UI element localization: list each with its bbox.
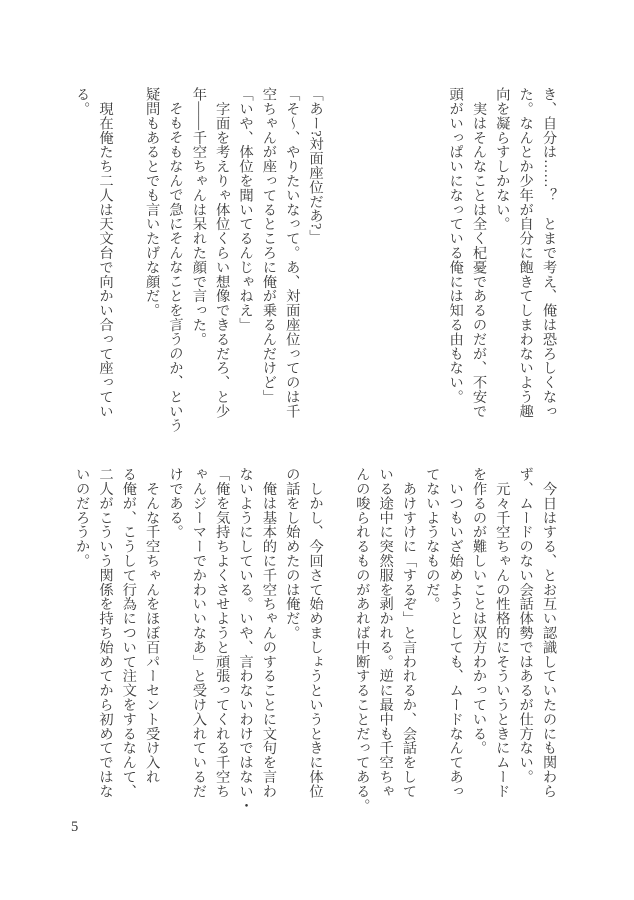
page-number: 5 (71, 820, 78, 835)
text-line: 頭がいっぱいになっている俺には知る由もない。 (443, 87, 466, 433)
text-line: しかし、今回さて始めましょうというときに体位 (303, 467, 326, 813)
text-line: んの唆られるものがあれば中断することだってある。 (350, 467, 373, 813)
text-line: あけすけに「するぞ」と言われるか、会話をして (397, 467, 420, 813)
blank-line (350, 87, 373, 433)
blank-line (116, 87, 139, 433)
text-line: そもそもなんで急にそんなことを言うのか、という (163, 85, 186, 434)
text-line: 「いや、体位を聞いてるんじゃねえ」 (233, 87, 256, 433)
text-line: 疑問もあるとでも言いたげな顔だ。 (140, 87, 163, 433)
top-text-band: き、自分は……？ とまで考え、俺は恐ろしくなった。なんとか少年が自分に飽きてしま… (70, 87, 560, 433)
text-line: た。なんとか少年が自分に飽きてしまわないよう趣 (513, 87, 536, 433)
text-line: き、自分は……？ とまで考え、俺は恐ろしくなっ (537, 87, 560, 433)
text-line: ないようにしている。いや、言わないわけではない・ (233, 467, 256, 813)
text-line: る俺が、こうして行為について注文をするなんて、 (116, 467, 139, 813)
text-line: てないようなものだ。 (420, 467, 443, 813)
text-line: そんな千空ちゃんをほぼ百パーセント受け入れ (140, 467, 163, 813)
text-line: 年――千空ちゃんは呆れた顔で言った。 (187, 87, 210, 433)
blank-line (327, 467, 350, 813)
blank-line (373, 87, 396, 433)
text-line: 俺は基本的に千空ちゃんのすることに文句を言わ (257, 467, 280, 813)
text-line: 「俺を気持ちよくさせようと頑張ってくれる千空ち (210, 467, 233, 813)
blank-line (327, 87, 350, 433)
text-line: 元々千空ちゃんの性格的にそういうときにムード (490, 467, 513, 813)
text-line: 空ちゃんが座ってるところに俺が乗るんだけど」 (257, 87, 280, 433)
text-line: いつもいざ始めようとしても、ムードなんてあっ (443, 467, 466, 813)
bottom-text-band: 今日はする、とお互い認識していたのにも関わらず、ムードのない会話体勢ではあるが仕… (70, 467, 560, 813)
text-line: る。 (70, 87, 93, 433)
text-line: 今日はする、とお互い認識していたのにも関わら (537, 467, 560, 813)
text-line: 字面を考えりゃ体位くらい想像できるだろ、と少 (210, 87, 233, 433)
text-line: ゃんジーマーでかわいいなあ」と受け入れているだ (187, 467, 210, 813)
text-line: いのだろうか。 (70, 467, 93, 813)
blank-line (397, 87, 420, 433)
text-line: 現在俺たち二人は天文台で向かい合って座ってい (93, 87, 116, 433)
text-line: 「あー?対面座位だあ?」 (303, 87, 326, 433)
text-line: ず、ムードのない会話体勢ではあるが仕方ない。 (513, 467, 536, 813)
blank-line (420, 87, 443, 433)
text-line: いる途中に突然服を剥かれる。逆に最中も千空ちゃ (373, 467, 396, 813)
novel-page: き、自分は……？ とまで考え、俺は恐ろしくなった。なんとか少年が自分に飽きてしま… (0, 0, 634, 900)
text-line: 向を凝らすしかない。 (490, 87, 513, 433)
text-line: 実はそんなことは全く杞憂であるのだが、不安で (467, 87, 490, 433)
text-line: の話をし始めたのは俺だ。 (280, 467, 303, 813)
text-line: 「そ〜、やりたいなって。あ、対面座位ってのは千 (280, 87, 303, 433)
text-line: 二人がこういう関係を持ち始めてから初めてではな (93, 467, 116, 813)
text-line: けである。 (163, 467, 186, 813)
text-line: を作るのが難しいことは双方わかっている。 (467, 467, 490, 813)
